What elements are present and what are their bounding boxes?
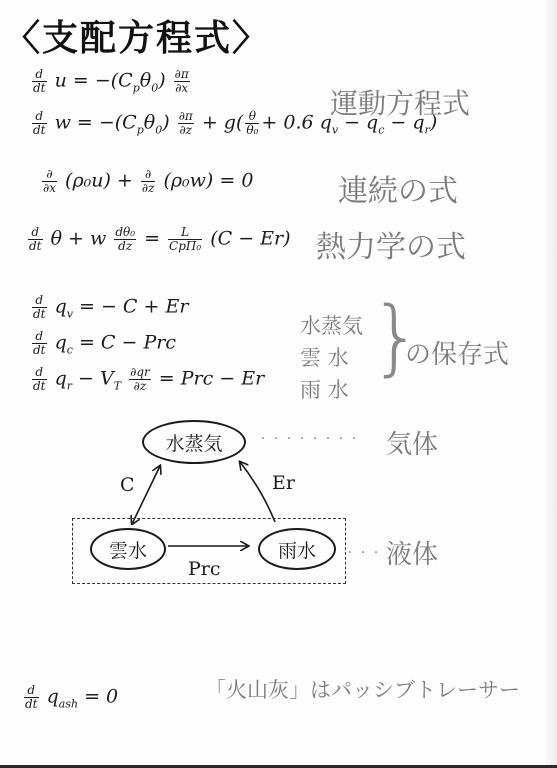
arrow-label-precipitation: Prc	[188, 558, 221, 580]
gas-label: 気体	[386, 424, 438, 461]
arrow-label-condensation: C	[120, 474, 135, 496]
liquid-leader-dots: ・・・	[345, 544, 384, 559]
liquid-label: 液体	[386, 534, 438, 571]
node-rain-water: 雨水	[258, 528, 336, 570]
node-water-vapor: 水蒸気	[142, 420, 246, 464]
equation-ash: ddt qash = 0	[22, 684, 118, 711]
node-cloud-water: 雲水	[90, 528, 166, 570]
diagram-arrows	[0, 0, 557, 768]
ash-note: 「火山灰」はパッシブトレーサー	[205, 674, 520, 704]
gas-leader-dots: ・・・・・・・・	[258, 430, 362, 445]
arrow-label-evaporation: Er	[272, 472, 295, 494]
